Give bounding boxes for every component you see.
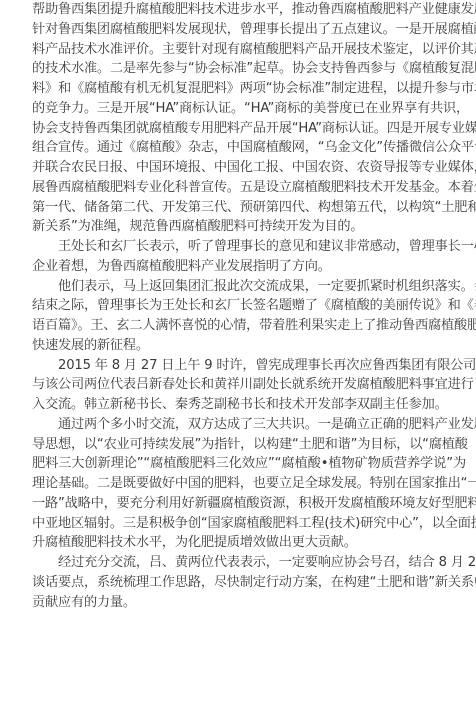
paragraph: 通过两个多小时交流，双方达成了三大共识。一是确立正确的肥料产业发展指 导思想，以… [32, 415, 466, 553]
text-line: 的技术水准。二是率先参与“协会标准”起草。协会支持鲁西参与《腐植酸复混肥 [32, 59, 466, 79]
paragraph: 2015 年 8 月 27 日上午 9 时许，曾宪成理事长再次应鲁西集团有限公司… [32, 356, 466, 415]
paragraph: 他们表示，马上返回集团汇报此次交流成果，一定要抓紧时机组织落实。会谈 结束之际，… [32, 277, 466, 356]
text-line: 经过充分交流，吕、黄两位代表表示，一定要响应协会号召，结合 8 月 21 的 [32, 553, 466, 573]
text-line: 料产品技术水准评价。主要针对现有腐植酸肥料产品开展技术鉴定，以评价其产品 [32, 40, 466, 60]
text-line: 导思想，以“农业可持续发展”为指针，以构建“土肥和谐”为目标，以“腐植酸 [32, 435, 466, 455]
text-line: 贡献应有的力量。 [32, 593, 466, 613]
paragraph: 王处长和玄厂长表示，听了曾理事长的意见和建议非常感动，曾理事长一心为 企业着想，… [32, 237, 466, 277]
text-line: 快速发展的新征程。 [32, 336, 466, 356]
text-line: 一路”战略中，要充分利用好新疆腐植酸资源，积极开发腐植酸环境友好型肥料向 [32, 494, 466, 514]
text-line: 他们表示，马上返回集团汇报此次交流成果，一定要抓紧时机组织落实。会谈 [32, 277, 466, 297]
text-line: 2015 年 8 月 27 日上午 9 时许，曾宪成理事长再次应鲁西集团有限公司… [32, 356, 466, 376]
text-line: 并联合农民日报、中国环境报、中国化工报、中国农资、农资导报等专业媒体，开 [32, 158, 466, 178]
text-line: 入交流。韩立新秘书长、秦秀芝副秘书长和技术开发部李双副主任参加。 [32, 395, 466, 415]
text-line: 肥料三大创新理论”“腐植酸肥料三化效应”“腐植酸•植物矿物质营养学说”为 [32, 454, 466, 474]
text-line: 展鲁西腐植酸肥料专业化科普宣传。五是设立腐植酸肥料技术开发基金。本着生产 [32, 178, 466, 198]
text-line: 谈话要点，系统梳理工作思路，尽快制定行动方案，在构建“土肥和谐”新关系中 [32, 573, 466, 593]
text-line: 的竞争力。三是开展“HA”商标认证。“HA”商标的美誉度已在业界享有共识， [32, 99, 466, 119]
text-line: 与该公司两位代表吕新春处长和黄祥川副处长就系统开发腐植酸肥料事宜进行了深 [32, 375, 466, 395]
text-line: 企业着想，为鲁西腐植酸肥料产业发展指明了方向。 [32, 257, 466, 277]
paragraph: 经过充分交流，吕、黄两位代表表示，一定要响应协会号召，结合 8 月 21 的 谈… [32, 553, 466, 612]
text-line: 新关系”为准绳，规范鲁西腐植酸肥料可持续开发为目的。 [32, 217, 466, 237]
paragraph: 帮助鲁西集团提升腐植酸肥料技术进步水平，推动鲁西腐植酸肥料产业健康发展。 [32, 0, 466, 20]
text-line: 针对鲁西集团腐植酸肥料发展现状，曾理事长提出了五点建议。一是开展腐植酸肥 [32, 20, 466, 40]
text-line: 结束之际，曾理事长为王处长和玄厂长签名题赠了《腐植酸的美丽传说》和《卷首 [32, 296, 466, 316]
text-line: 组合宣传。通过《腐植酸》杂志，中国腐植酸网，“乌金文化”传播微信公众平台， [32, 138, 466, 158]
text-line: 中亚地区辐射。三是积极争创“国家腐植酸肥料工程(技术)研究中心”，以全面提 [32, 514, 466, 534]
text-line: 王处长和玄厂长表示，听了曾理事长的意见和建议非常感动，曾理事长一心为 [32, 237, 466, 257]
text-line: 通过两个多小时交流，双方达成了三大共识。一是确立正确的肥料产业发展指 [32, 415, 466, 435]
paragraph: 针对鲁西集团腐植酸肥料发展现状，曾理事长提出了五点建议。一是开展腐植酸肥 料产品… [32, 20, 466, 237]
text-line: 第一代、储备第二代、开发第三代、预研第四代、构想第五代，以构筑“土肥和谐 [32, 198, 466, 218]
text-line: 升腐植酸肥料技术水平，为化肥提质增效做出更大贡献。 [32, 533, 466, 553]
text-line: 语百篇》。王、玄二人满怀喜悦的心情，带着胜利果实走上了推动鲁西腐植酸肥料 [32, 316, 466, 336]
text-line: 理论基础。二是既要做好中国的肥料，也要立足全球发展。特别在国家推出“一带 [32, 474, 466, 494]
document-page: 帮助鲁西集团提升腐植酸肥料技术进步水平，推动鲁西腐植酸肥料产业健康发展。 针对鲁… [32, 0, 466, 612]
text-line: 料》和《腐植酸有机无机复混肥料》两项“协会标准”制定进程，以提升参与市场 [32, 79, 466, 99]
text-line: 帮助鲁西集团提升腐植酸肥料技术进步水平，推动鲁西腐植酸肥料产业健康发展。 [32, 0, 466, 20]
text-line: 协会支持鲁西集团就腐植酸专用肥料产品开展“HA”商标认证。四是开展专业媒体 [32, 119, 466, 139]
